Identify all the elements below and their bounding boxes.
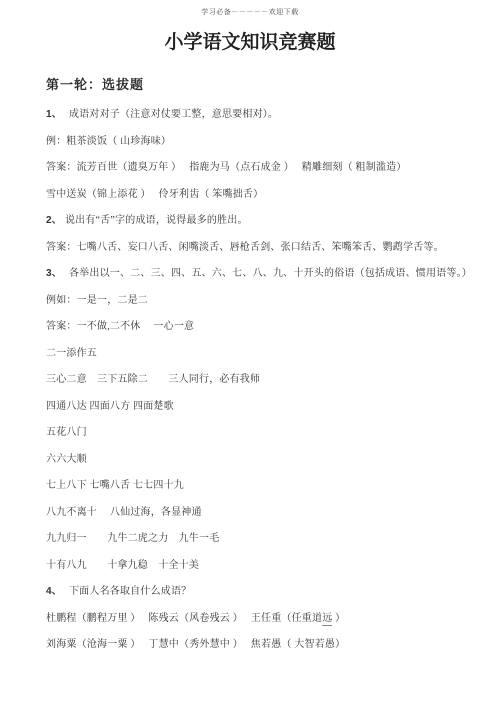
- watermark-text: 学习必备－－－－－欢迎下载: [0, 0, 500, 16]
- question-2-text: 说出有“舌”字的成语，说得最多的胜出。: [65, 215, 248, 226]
- q4-answer-line-1-post: ）: [332, 613, 345, 624]
- q4-answer-line-1-pre: 杜鹏程（鹏程万里 ） 陈残云（风卷残云 ） 王任重（任重道: [46, 613, 322, 624]
- q3-answer-line-five: 五花八门: [46, 427, 486, 438]
- q4-answer-underlined-char: 远: [322, 613, 332, 626]
- q2-answer-line: 答案：七嘴八舌、妄口八舌、闲嘴淡舌、唇枪舌剑、张口结舌、笨嘴笨舌、鹦鹉学舌等。: [46, 242, 486, 253]
- document-page: 学习必备－－－－－欢迎下载 小学语文知识竞赛题 第一轮：选拔题 1、成语对对子（…: [0, 0, 500, 707]
- q3-answer-line-three: 三心二意 三下五除二 三人同行，必有我师: [46, 374, 486, 385]
- question-4-text: 下面人名各取自什么成语？: [69, 586, 191, 597]
- q3-answer-line-one: 答案：一不做,二不休 一心一意: [46, 321, 486, 332]
- q1-example-line: 例：粗茶淡饭（ 山珍海味）: [46, 136, 486, 147]
- q3-answer-line-eight: 八九不离十 八仙过海，各显神通: [46, 507, 486, 518]
- q1-answer-line-1: 答案：流芳百世（遗臭万年 ） 指鹿为马（点石成金 ） 精雕细刻（ 粗制滥造）: [46, 162, 486, 173]
- question-4-number: 4、: [46, 586, 62, 597]
- q1-answer-line-2: 雪中送炭（锦上添花 ） 伶牙利齿（ 笨嘴拙舌）: [46, 189, 486, 200]
- q3-answer-line-nine: 九九归一 九牛二虎之力 九牛一毛: [46, 533, 486, 544]
- question-3-number: 3、: [46, 268, 62, 279]
- document-body: 第一轮：选拔题 1、成语对对子（注意对仗要工整，意思要相对）。 例：粗茶淡饭（ …: [46, 78, 486, 650]
- question-1-number: 1、: [46, 109, 62, 120]
- question-3-text: 各举出以一、二、三、四、五、六、七、八、九、十开头的俗语（包括成语、惯用语等。）: [69, 268, 472, 279]
- q4-answer-line-1: 杜鹏程（鹏程万里 ） 陈残云（风卷残云 ） 王任重（任重道远 ）: [46, 613, 486, 624]
- page-title: 小学语文知识竞赛题: [0, 31, 500, 55]
- question-2-number: 2、: [46, 215, 62, 226]
- q4-answer-line-2: 刘海粟（沧海一粟 ） 丁慧中（秀外慧中 ） 焦若愚（ 大智若愚）: [46, 639, 486, 650]
- q3-answer-line-ten: 十有八九 十拿九稳 十全十美: [46, 560, 486, 571]
- question-3: 3、各举出以一、二、三、四、五、六、七、八、九、十开头的俗语（包括成语、惯用语等…: [46, 268, 486, 279]
- question-1-text: 成语对对子（注意对仗要工整，意思要相对）。: [69, 109, 278, 120]
- round-1-heading: 第一轮：选拔题: [46, 78, 486, 91]
- question-1: 1、成语对对子（注意对仗要工整，意思要相对）。: [46, 109, 486, 120]
- q3-answer-line-two: 二一添作五: [46, 348, 486, 359]
- question-4: 4、下面人名各取自什么成语？: [46, 586, 486, 597]
- q3-example-line: 例如：一是一，二是二: [46, 295, 486, 306]
- q3-answer-line-six: 六六大顺: [46, 454, 486, 465]
- q3-answer-line-four: 四通八达 四面八方 四面楚歌: [46, 401, 486, 412]
- q3-answer-line-seven: 七上八下 七嘴八舌 七七四十九: [46, 480, 486, 491]
- question-2: 2、说出有“舌”字的成语，说得最多的胜出。: [46, 215, 486, 226]
